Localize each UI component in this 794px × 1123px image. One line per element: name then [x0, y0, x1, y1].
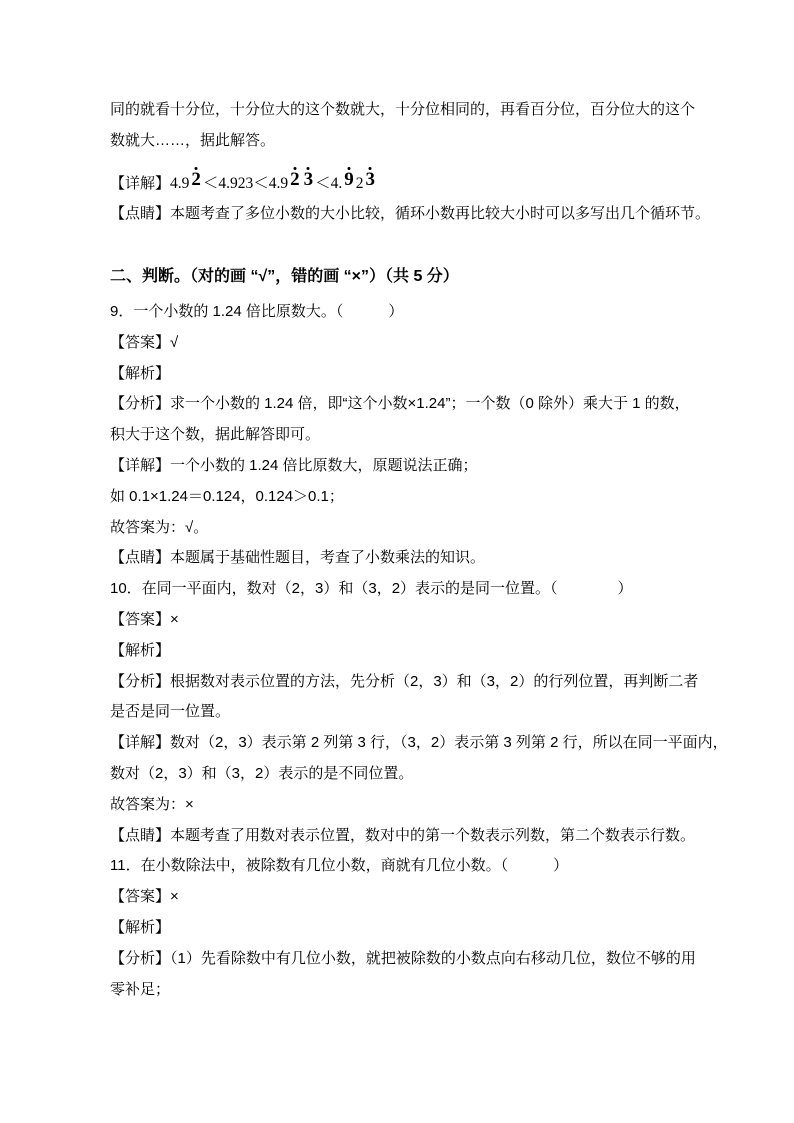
document-page: 同的就看十分位，十分位大的这个数就大，十分位相同的，再看百分位，百分位大的这个数… [0, 0, 794, 1123]
number-text: 4.9 [170, 175, 189, 192]
number-text: ＜4. [315, 175, 342, 192]
analysis-line: 【分析】（1）先看除数中有几位小数，就把被除数的小数点向右移动几位，数位不够的用 [110, 944, 710, 975]
text-line: 同的就看十分位，十分位大的这个数就大，十分位相同的，再看百分位，百分位大的这个 [110, 95, 710, 126]
text-line: 是否是同一位置。 [110, 697, 710, 728]
text-line: 零补足； [110, 975, 710, 1006]
detail-line: 【详解】数对（2，3）表示第 2 列第 3 行，（3，2）表示第 3 列第 2 … [110, 728, 710, 759]
text-line: 故答案为：× [110, 790, 710, 821]
section-heading: 二、判断。（对的画 “√”，错的画 “×”）（共 5 分） [110, 262, 710, 293]
remark-line: 【点睛】本题属于基础性题目，考查了小数乘法的知识。 [110, 543, 710, 574]
text-line: 数对（2，3）和（3，2）表示的是不同位置。 [110, 759, 710, 790]
repeating-digit: 2 [290, 172, 300, 187]
repeating-digit: 3 [366, 172, 376, 187]
text-line: 积大于这个数，据此解答即可。 [110, 420, 710, 451]
label-text: 【详解】 [110, 175, 170, 192]
remark-line: 【点睛】本题考查了多位小数的大小比较，循环小数再比较大小时可以多写出几个循环节。 [110, 199, 710, 230]
question-line: 10．在同一平面内，数对（2，3）和（3，2）表示的是同一位置。（ ） [110, 574, 710, 605]
explanation-line: 【解析】 [110, 636, 710, 667]
explanation-line: 【解析】 [110, 359, 710, 390]
detail-formula-line: 【详解】4.92＜4.923＜4.923＜4.923 [110, 169, 710, 200]
answer-line: 【答案】× [110, 605, 710, 636]
text-line: 数就大……，据此解答。 [110, 126, 710, 157]
analysis-line: 【分析】求一个小数的 1.24 倍，即“这个小数×1.24”；一个数（0 除外）… [110, 389, 710, 420]
question-line: 11．在小数除法中，被除数有几位小数，商就有几位小数。（ ） [110, 851, 710, 882]
analysis-line: 【分析】根据数对表示位置的方法，先分析（2，3）和（3，2）的行列位置，再判断二… [110, 667, 710, 698]
number-text: 2 [356, 175, 364, 192]
repeating-digit: 3 [304, 172, 314, 187]
text-line: 如 0.1×1.24＝0.124，0.124＞0.1； [110, 482, 710, 513]
number-text: ＜4.923＜4.9 [203, 175, 288, 192]
exam-answer-document: 同的就看十分位，十分位大的这个数就大，十分位相同的，再看百分位，百分位大的这个数… [110, 95, 710, 1005]
explanation-line: 【解析】 [110, 913, 710, 944]
remark-line: 【点睛】本题考查了用数对表示位置，数对中的第一个数表示列数，第二个数表示行数。 [110, 821, 710, 852]
answer-line: 【答案】√ [110, 328, 710, 359]
question-line: 9．一个小数的 1.24 倍比原数大。（ ） [110, 297, 710, 328]
repeating-digit: 2 [191, 172, 201, 187]
detail-line: 【详解】一个小数的 1.24 倍比原数大，原题说法正确； [110, 451, 710, 482]
repeating-digit: 9 [344, 172, 354, 187]
text-line: 故答案为：√。 [110, 513, 710, 544]
answer-line: 【答案】× [110, 882, 710, 913]
